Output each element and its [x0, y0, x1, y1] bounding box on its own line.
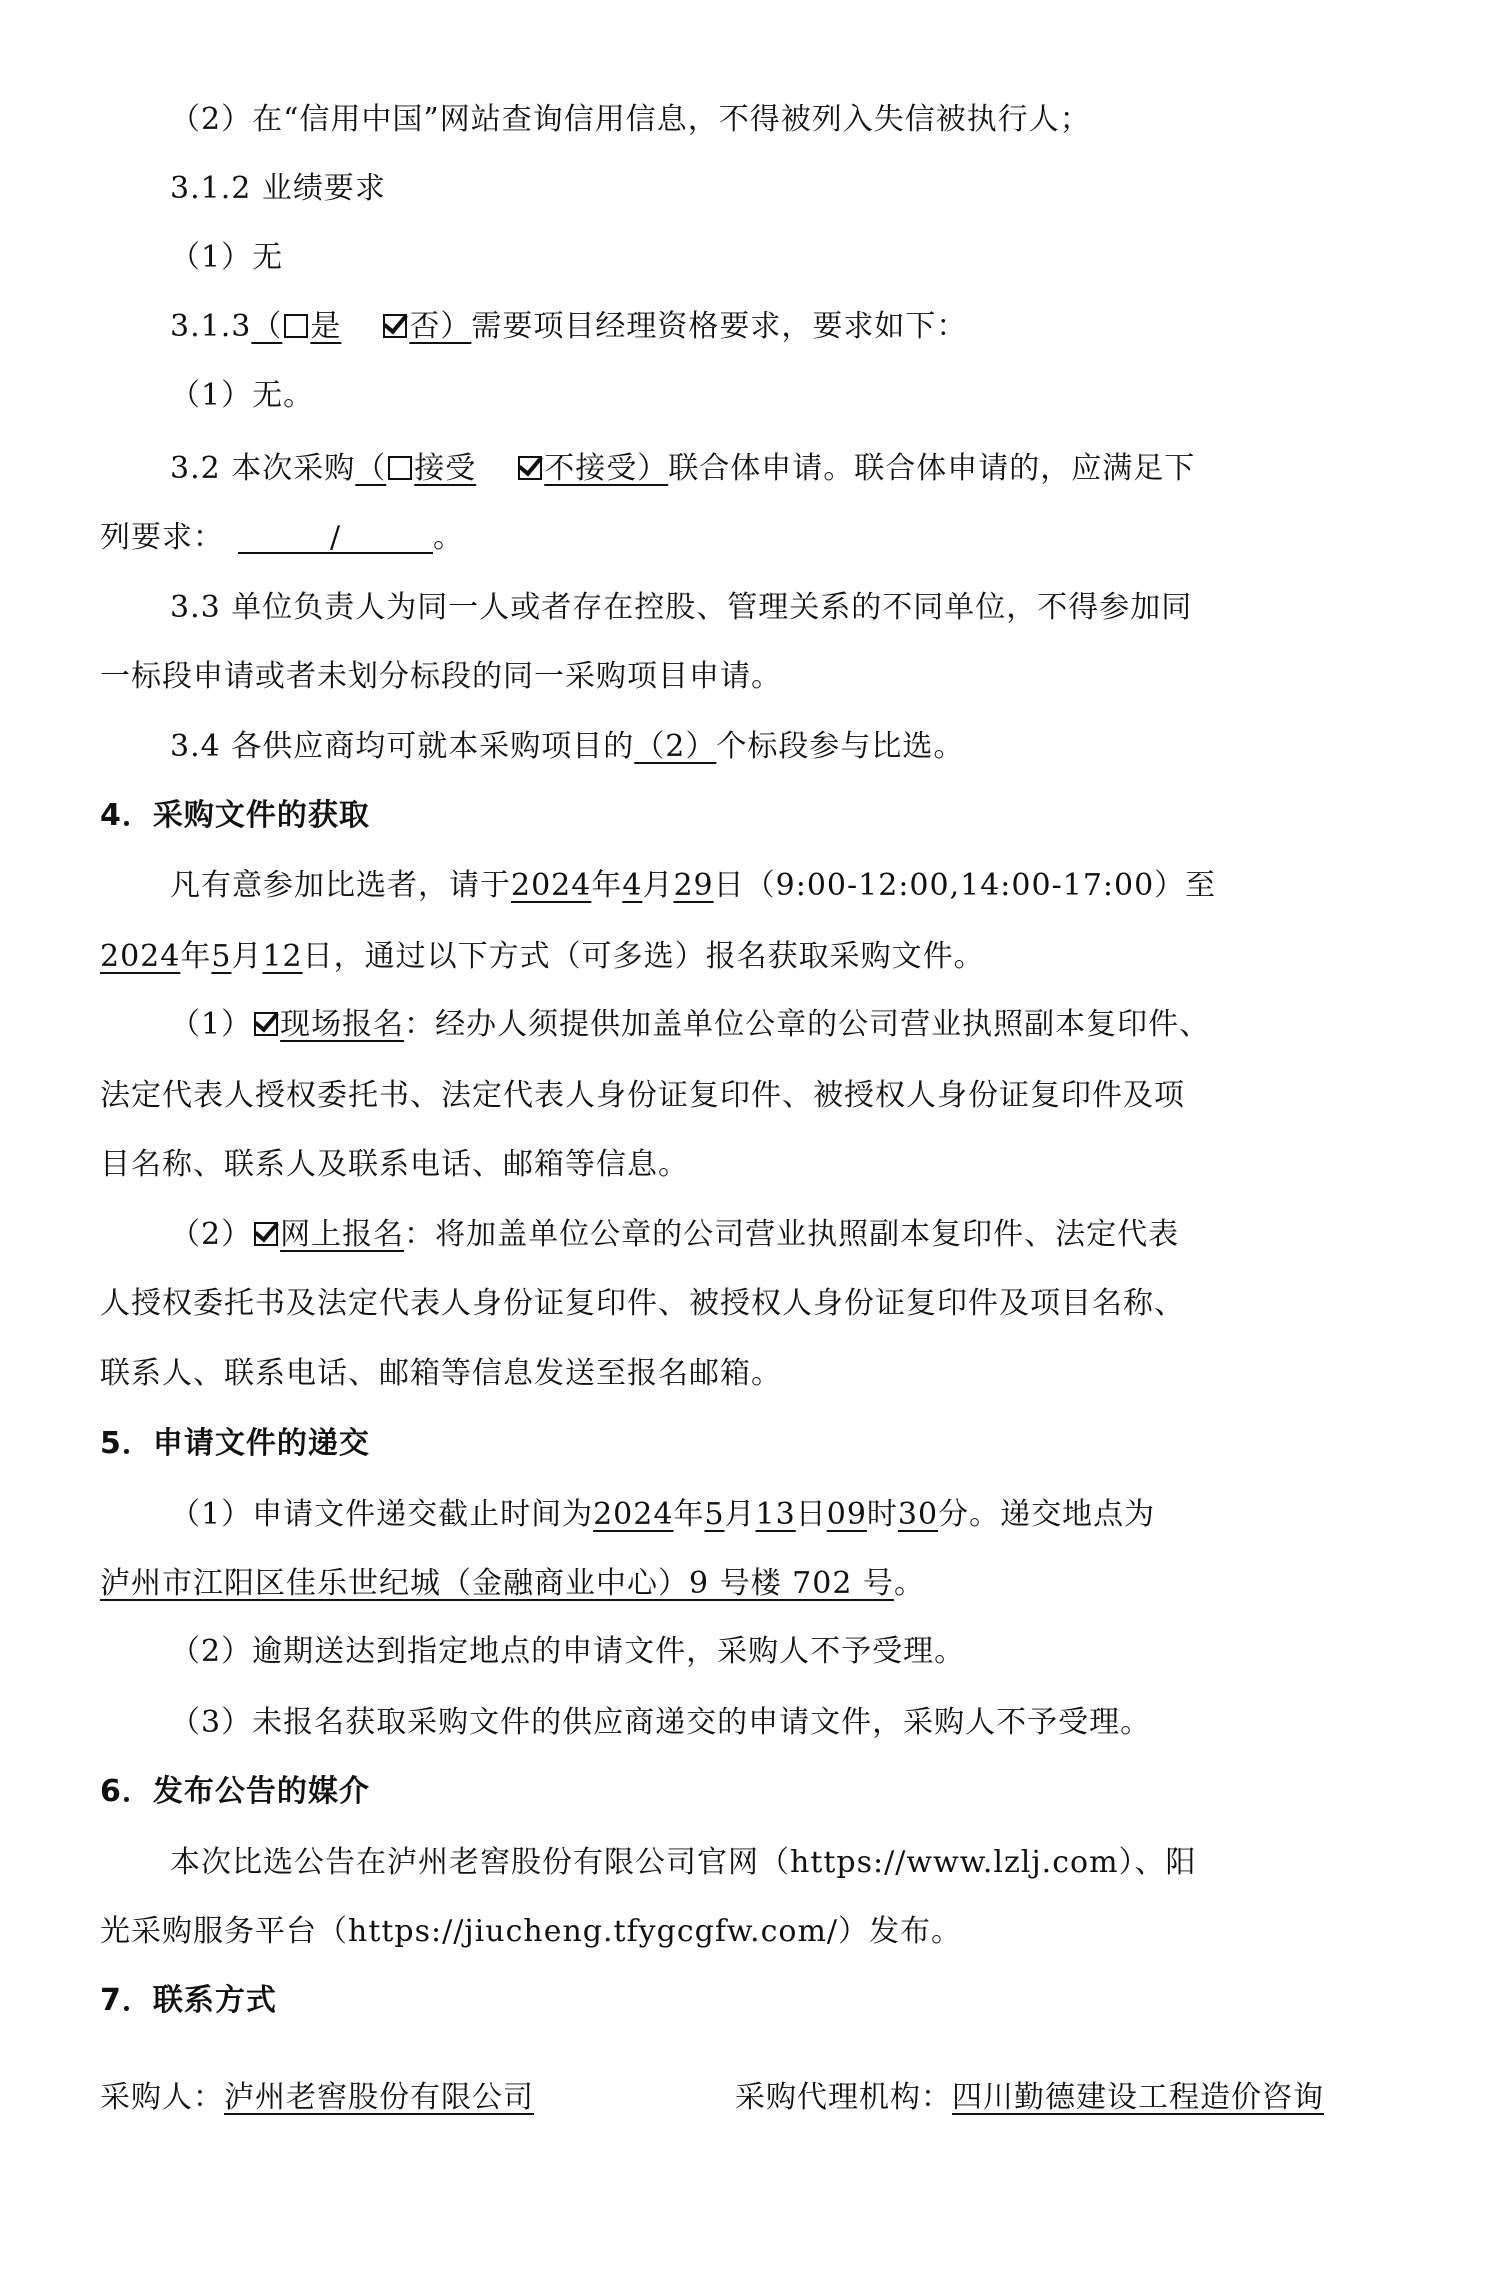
checkbox-yes-icon[interactable]: [284, 314, 308, 338]
item-number: （2）: [170, 1217, 252, 1252]
text: 年: [180, 939, 211, 974]
paren-open: （: [355, 451, 386, 486]
option-accept-label: 接受: [414, 451, 476, 486]
item-number: （1）: [170, 1007, 252, 1042]
agent-value: 四川勤德建设工程造价咨询: [952, 2080, 1324, 2115]
pm-qualification-choice: （是否）: [251, 309, 471, 344]
section-5-heading: 5．申请文件的递交: [100, 1424, 370, 1464]
option-no-label: 否）: [409, 309, 471, 344]
consortium-text: 联合体申请。联合体申请的，应满足下: [668, 451, 1195, 486]
submission-deadline-line1: （1）申请文件递交截止时间为2024年5月13日09时30分。递交地点为: [170, 1495, 1155, 1535]
section-3-1-3: 3.1.3（是否）需要项目经理资格要求，要求如下：: [170, 307, 967, 347]
section-6-heading: 6．发布公告的媒介: [100, 1772, 370, 1812]
end-day: 12: [262, 939, 302, 974]
onsite-registration-line2: 法定代表人授权委托书、法定代表人身份证复印件、被授权人身份证复印件及项: [100, 1076, 1185, 1116]
section-3-4-suffix: 个标段参与比选。: [716, 729, 964, 764]
section-3-2: 3.2 本次采购（接受不接受）联合体申请。联合体申请的，应满足下: [170, 449, 1195, 489]
contact-purchaser: 采购人：泸州老窖股份有限公司: [100, 2078, 534, 2118]
deadline-hour: 09: [827, 1497, 867, 1532]
text: ：经办人须提供加盖单位公章的公司营业执照副本复印件、: [404, 1007, 1210, 1042]
section-3-4-prefix: 3.4 各供应商均可就本采购项目的: [170, 729, 634, 764]
late-submission-rule: （2）逾期送达到指定地点的申请文件，采购人不予受理。: [170, 1632, 965, 1672]
contact-agent: 采购代理机构：四川勤德建设工程造价咨询: [735, 2078, 1324, 2118]
section-3-3-line1: 3.3 单位负责人为同一人或者存在控股、管理关系的不同单位，不得参加同: [170, 588, 1192, 628]
text: 日: [796, 1497, 827, 1532]
pm-qualification-text: 需要项目经理资格要求，要求如下：: [471, 309, 967, 344]
section-3-1-2-title: 3.1.2 业绩要求: [170, 169, 386, 209]
text: 年: [591, 868, 622, 903]
onsite-registration-option: 现场报名: [252, 1007, 404, 1042]
checkbox-onsite-checked-icon[interactable]: [254, 1012, 278, 1036]
onsite-registration-line3: 目名称、联系人及联系电话、邮箱等信息。: [100, 1145, 689, 1185]
end-month: 5: [211, 939, 231, 974]
agent-label: 采购代理机构：: [735, 2080, 952, 2115]
registration-period-line2: 2024年5月12日，通过以下方式（可多选）报名获取采购文件。: [100, 937, 985, 977]
credit-china-requirement: （2）在“信用中国”网站查询信用信息，不得被列入失信被执行人；: [170, 100, 1091, 140]
start-month: 4: [622, 868, 642, 903]
online-registration-label: 网上报名: [280, 1217, 404, 1252]
submission-address-value: 泸州市江阳区佳乐世纪城（金融商业中心）9 号楼 702 号: [100, 1566, 894, 1601]
text: 时: [867, 1497, 898, 1532]
checkbox-online-checked-icon[interactable]: [254, 1222, 278, 1246]
section-7-heading: 7．联系方式: [100, 1981, 277, 2021]
period: 。: [894, 1566, 925, 1601]
publication-media-line2: 光采购服务平台（https://jiucheng.tfygcgfw.com/）发…: [100, 1912, 962, 1952]
text: （1）申请文件递交截止时间为: [170, 1497, 593, 1532]
text: 月: [725, 1497, 756, 1532]
checkbox-accept-icon[interactable]: [388, 456, 412, 480]
paren-open: （: [251, 309, 282, 344]
performance-requirement-none: （1）无: [170, 238, 283, 278]
publication-media-line1: 本次比选公告在泸州老窖股份有限公司官网（https://www.lzlj.com…: [170, 1843, 1197, 1883]
text: 分。递交地点为: [938, 1497, 1155, 1532]
deadline-day: 13: [756, 1497, 796, 1532]
section-3-3-line2: 一标段申请或者未划分标段的同一采购项目申请。: [100, 657, 782, 697]
text: ：将加盖单位公章的公司营业执照副本复印件、法定代表: [404, 1217, 1179, 1252]
section-3-4: 3.4 各供应商均可就本采购项目的（2）个标段参与比选。: [170, 727, 964, 767]
online-registration-line1: （2）网上报名：将加盖单位公章的公司营业执照副本复印件、法定代表: [170, 1215, 1179, 1255]
registration-period-line1: 凡有意参加比选者，请于2024年4月29日（9:00-12:00,14:00-1…: [170, 866, 1216, 906]
text: 年: [673, 1497, 704, 1532]
text: 月: [231, 939, 262, 974]
checkbox-no-checked-icon[interactable]: [383, 314, 407, 338]
checkbox-not-accept-checked-icon[interactable]: [518, 456, 542, 480]
section-3-2-prefix: 3.2 本次采购: [170, 451, 355, 486]
end-year: 2024: [100, 939, 180, 974]
section-4-heading: 4．采购文件的获取: [100, 796, 370, 836]
option-yes-label: 是: [310, 309, 341, 344]
unregistered-submission-rule: （3）未报名获取采购文件的供应商递交的申请文件，采购人不予受理。: [170, 1703, 1151, 1743]
consortium-choice: （接受不接受）: [355, 451, 668, 486]
purchaser-label: 采购人：: [100, 2080, 224, 2115]
period: 。: [433, 520, 464, 555]
option-not-accept-label: 不接受）: [544, 451, 668, 486]
text: 月: [642, 868, 673, 903]
lot-count-value: （2）: [634, 729, 716, 764]
text: 日，通过以下方式（可多选）报名获取采购文件。: [303, 939, 985, 974]
onsite-registration-line1: （1）现场报名：经办人须提供加盖单位公章的公司营业执照副本复印件、: [170, 1005, 1210, 1045]
requirements-label: 列要求：: [100, 520, 224, 555]
purchaser-value: 泸州老窖股份有限公司: [224, 2080, 534, 2115]
online-registration-option: 网上报名: [252, 1217, 404, 1252]
deadline-year: 2024: [593, 1497, 673, 1532]
onsite-registration-label: 现场报名: [280, 1007, 404, 1042]
requirements-blank-field: /: [238, 518, 433, 554]
online-registration-line3: 联系人、联系电话、邮箱等信息发送至报名邮箱。: [100, 1354, 782, 1394]
consortium-requirements: 列要求：/。: [100, 518, 464, 558]
section-number: 3.1.3: [170, 309, 251, 344]
text: 凡有意参加比选者，请于: [170, 868, 511, 903]
submission-address: 泸州市江阳区佳乐世纪城（金融商业中心）9 号楼 702 号。: [100, 1564, 925, 1604]
deadline-month: 5: [704, 1497, 724, 1532]
deadline-minute: 30: [898, 1497, 938, 1532]
text: 日（9:00-12:00,14:00-17:00）至: [714, 868, 1217, 903]
online-registration-line2: 人授权委托书及法定代表人身份证复印件、被授权人身份证复印件及项目名称、: [100, 1284, 1185, 1324]
start-year: 2024: [511, 868, 591, 903]
pm-requirement-none: （1）无。: [170, 376, 314, 416]
start-day: 29: [673, 868, 713, 903]
